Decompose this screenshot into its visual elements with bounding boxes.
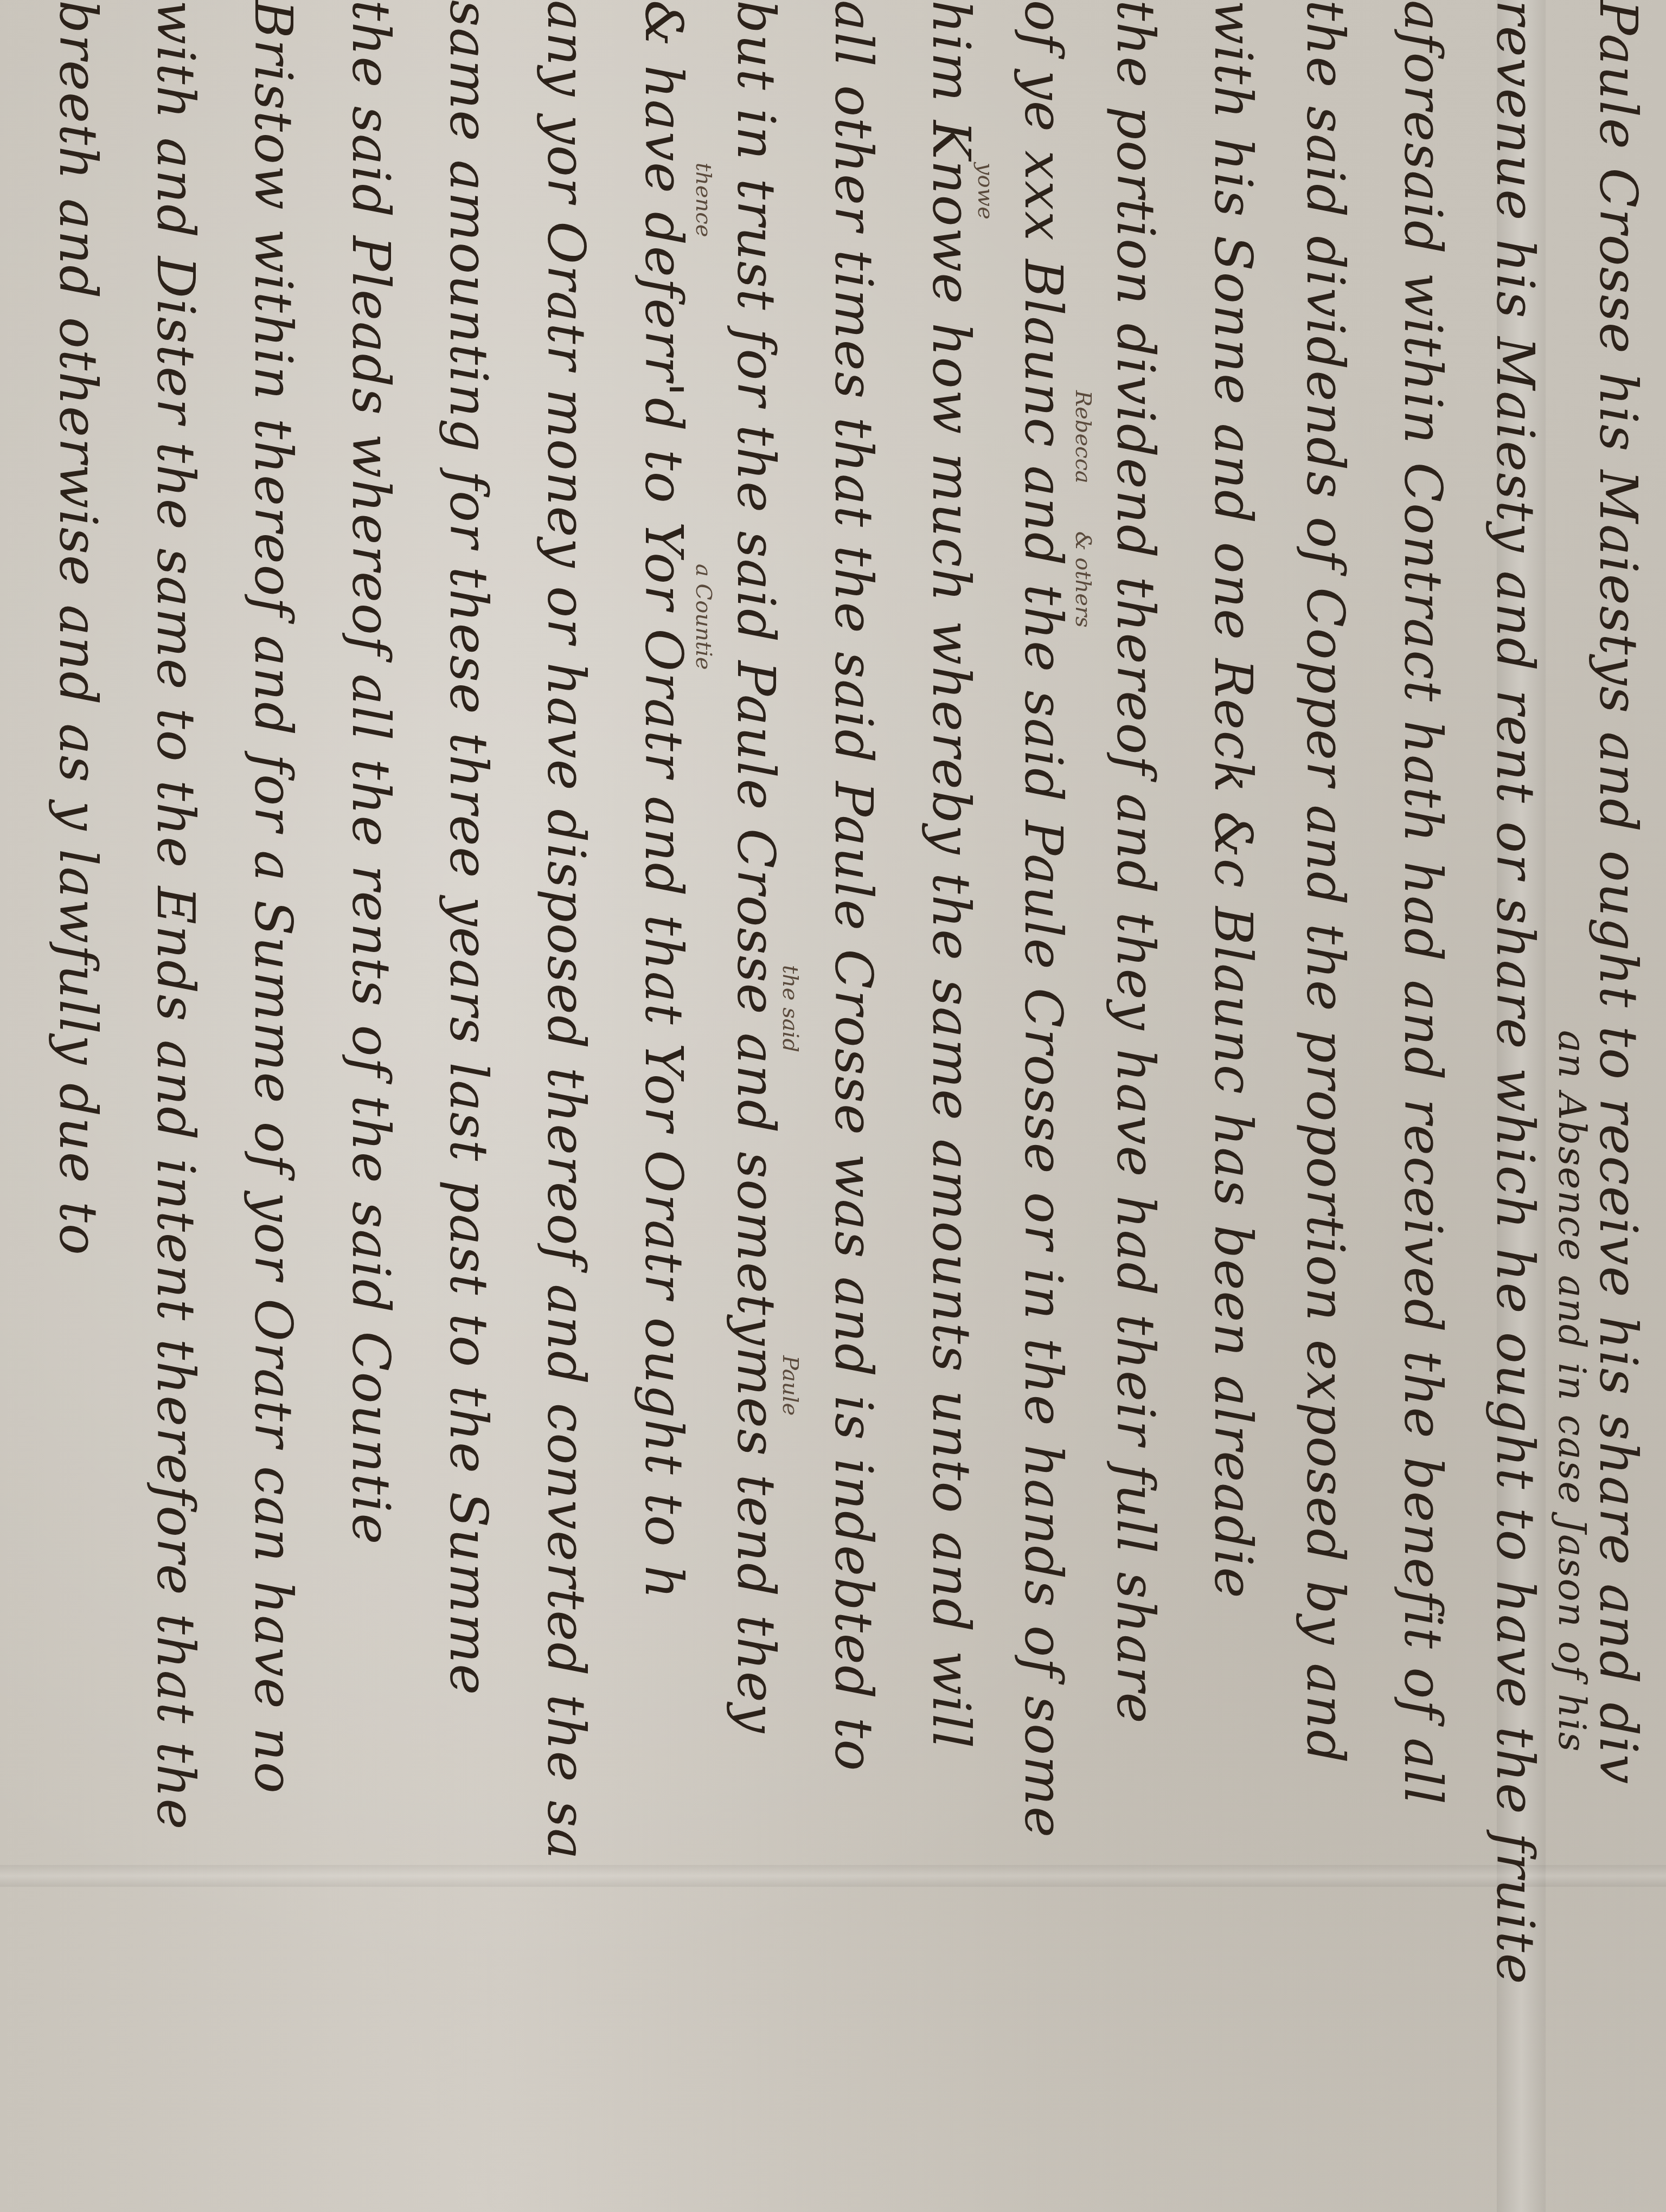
manuscript-line: breeth and otherwise and as y lawfully d… [48, 0, 108, 1256]
manuscript-line: him Knowe how much whereby the same amou… [921, 0, 982, 1749]
manuscript-line: the said dividends of Copper and the pro… [1295, 0, 1356, 1764]
manuscript-line: the said Pleads whereof all the rents of… [341, 0, 401, 1545]
manuscript-line: any yor Oratr money or have disposed the… [536, 0, 597, 1861]
manuscript-line: & have deferr'd to Yor Oratr and that Yo… [633, 0, 694, 1600]
interlinear-note: thence [691, 163, 716, 237]
interlinear-note: the said [778, 965, 803, 1052]
interlinear-note: & others [1071, 531, 1095, 628]
manuscript-line: an Absence and in case Jason of his [1550, 1030, 1594, 1753]
manuscript-line: aforesaid within Contract hath had and r… [1393, 0, 1453, 1805]
manuscript-line: with and Dister the same to the Ends and… [145, 0, 206, 1830]
manuscript-line: but in trust for the said Paule Crosse a… [726, 0, 786, 1734]
interlinear-note: Rebecca [1071, 390, 1095, 484]
manuscript-line: all other times that the said Paule Cros… [823, 0, 884, 1772]
manuscript-line: same amounting for these three years las… [438, 0, 499, 1696]
manuscript-line: with his Sonne and one Reck &c Blaunc ha… [1203, 0, 1264, 1599]
interlinear-note: a Countie [691, 564, 716, 670]
manuscript-line: the portion dividend thereof and they ha… [1105, 0, 1166, 1725]
horizontal-fold-crease [0, 1865, 1666, 1887]
manuscript-line: Paule Crosse his Maiestys and ought to r… [1588, 0, 1649, 1785]
manuscript-line: Bristow within thereof and for a Summe o… [243, 0, 304, 1795]
interlinear-note: Paule [778, 1355, 803, 1416]
manuscript-line: of ye xxx Blaunc and the said Paule Cros… [1013, 0, 1074, 1838]
manuscript-line: revenue his Maiesty and rent or share wh… [1485, 0, 1546, 1985]
interlinear-note: yowe [973, 163, 998, 220]
